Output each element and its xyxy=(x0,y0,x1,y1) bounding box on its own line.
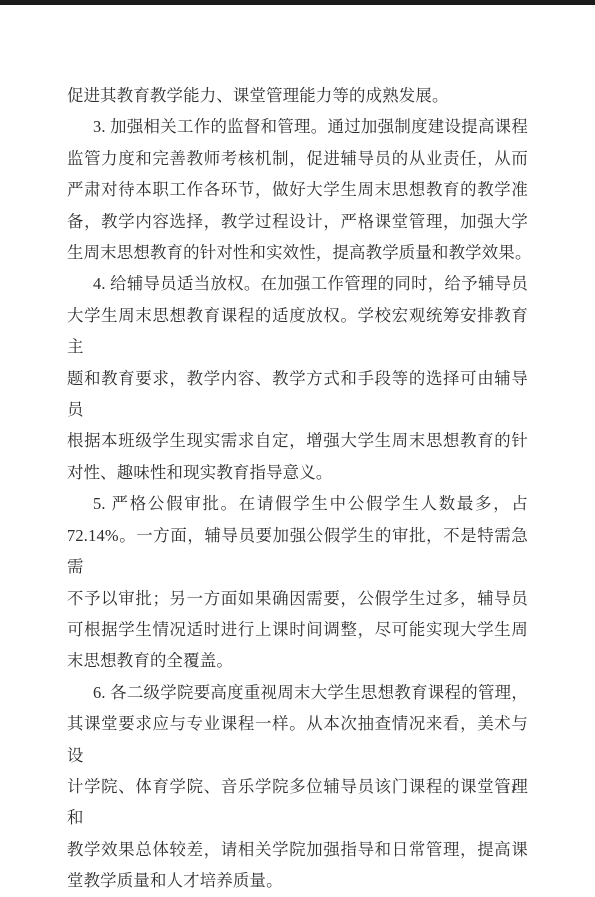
text-line: 根据本班级学生现实需求自定，增强大学生周末思想教育的针 xyxy=(67,425,528,456)
paragraph-item-6: 6. 各二级学院要高度重视周末大学生思想教育课程的管理，其课堂要求应与专业课程一… xyxy=(67,677,528,841)
text-line: 其课堂要求应与专业课程一样。从本次抽查情况来看，美术与设 xyxy=(67,708,528,771)
paragraph-continuation: 促进其教育教学能力、课堂管理能力等的成熟发展。 xyxy=(67,80,528,111)
document-page: 促进其教育教学能力、课堂管理能力等的成熟发展。3. 加强相关工作的监督和管理。通… xyxy=(0,0,595,841)
text-line: 5. 严格公假审批。在请假学生中公假学生人数最多，占 xyxy=(67,488,528,519)
text-line: 监管力度和完善教师考核机制，促进辅导员的从业责任，从而 xyxy=(67,143,528,174)
page-number: 11 xyxy=(504,784,517,796)
page-body: 促进其教育教学能力、课堂管理能力等的成熟发展。3. 加强相关工作的监督和管理。通… xyxy=(67,80,528,841)
text-line: 大学生周末思想教育课程的适度放权。学校宏观统筹安排教育主 xyxy=(67,300,528,363)
text-line: 可根据学生情况适时进行上课时间调整，尽可能实现大学生周 xyxy=(67,614,528,645)
text-line: 不予以审批；另一方面如果确因需要，公假学生过多，辅导员 xyxy=(67,583,528,614)
text-line: 教学效果总体较差，请相关学院加强指导和日常管理，提高课 xyxy=(67,834,528,841)
text-line: 备，教学内容选择，教学过程设计，严格课堂管理，加强大学 xyxy=(67,206,528,237)
page-top-edge xyxy=(0,0,595,5)
text-line: 严肃对待本职工作各环节，做好大学生周末思想教育的教学准 xyxy=(67,174,528,205)
text-line: 末思想教育的全覆盖。 xyxy=(67,645,528,676)
text-line: 生周末思想教育的针对性和实效性，提高教学质量和教学效果。 xyxy=(67,237,528,268)
text-line: 6. 各二级学院要高度重视周末大学生思想教育课程的管理， xyxy=(67,677,528,708)
paragraph-item-5: 5. 严格公假审批。在请假学生中公假学生人数最多，占72.14%。一方面，辅导员… xyxy=(67,488,528,676)
text-line: 促进其教育教学能力、课堂管理能力等的成熟发展。 xyxy=(67,80,528,111)
paragraph-item-4: 4. 给辅导员适当放权。在加强工作管理的同时，给予辅导员大学生周末思想教育课程的… xyxy=(67,268,528,488)
text-line: 对性、趣味性和现实教育指导意义。 xyxy=(67,457,528,488)
paragraph-item-3: 3. 加强相关工作的监督和管理。通过加强制度建设提高课程监管力度和完善教师考核机… xyxy=(67,111,528,268)
text-line: 4. 给辅导员适当放权。在加强工作管理的同时，给予辅导员 xyxy=(67,268,528,299)
text-line: 题和教育要求，教学内容、教学方式和手段等的选择可由辅导员 xyxy=(67,363,528,426)
text-line: 72.14%。一方面，辅导员要加强公假学生的审批，不是特需急需 xyxy=(67,520,528,583)
text-line: 计学院、体育学院、音乐学院多位辅导员该门课程的课堂管理和 xyxy=(67,771,528,834)
text-line: 3. 加强相关工作的监督和管理。通过加强制度建设提高课程 xyxy=(67,111,528,142)
